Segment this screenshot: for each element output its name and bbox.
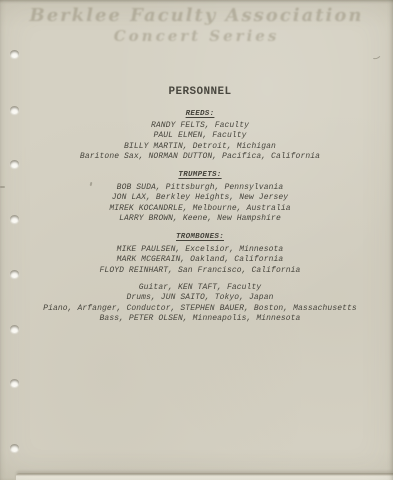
personnel-line: BOB SUDA, Pittsburgh, Pennsylvania — [7, 183, 393, 193]
personnel-line: Guitar, KEN TAFT, Faculty — [7, 283, 393, 293]
punch-hole — [10, 379, 19, 387]
personnel-line: FLOYD REINHART, San Francisco, Californi… — [7, 266, 393, 276]
section-members-reeds: RANDY FELTS, Faculty PAUL ELMEN, Faculty… — [0, 121, 393, 162]
personnel-line: Bass, PETER OLSEN, Minneapolis, Minnesot… — [7, 314, 393, 324]
personnel-line: MIREK KOCANDRLE, Melbourne, Australia — [7, 204, 393, 214]
scanned-program-page: Berklee Faculty Association Concert Seri… — [0, 0, 393, 480]
page-title: PERSONNEL — [0, 86, 393, 98]
punch-hole — [10, 325, 19, 333]
ghost-header-line1: Berklee Faculty Association — [0, 5, 393, 26]
scan-speck — [0, 186, 5, 188]
section-members-trombones: MIKE PAULSEN, Excelsior, Minnesota MARK … — [0, 245, 393, 276]
section-title-reeds: REEDS: — [0, 110, 393, 118]
personnel-line: MIKE PAULSEN, Excelsior, Minnesota — [7, 245, 393, 255]
personnel-line: PAUL ELMEN, Faculty — [7, 131, 393, 141]
section-title-trumpets: TRUMPETS: — [0, 171, 393, 179]
personnel-line: MARK MCGERAIN, Oakland, California — [7, 255, 393, 265]
personnel-line: JON LAX, Berkley Heights, New Jersey — [7, 193, 393, 203]
personnel-line: LARRY BROWN, Keene, New Hampshire — [7, 214, 393, 224]
section-members-rhythm: Guitar, KEN TAFT, Faculty Drums, JUN SAI… — [0, 283, 393, 324]
ghost-header-line2: Concert Series — [0, 27, 393, 45]
punch-hole — [10, 444, 19, 452]
scan-speck — [370, 51, 382, 61]
personnel-line: Baritone Sax, NORMAN DUTTON, Pacifica, C… — [7, 152, 393, 162]
personnel-line: Drums, JUN SAITO, Tokyo, Japan — [7, 293, 393, 303]
section-members-trumpets: BOB SUDA, Pittsburgh, Pennsylvania JON L… — [0, 183, 393, 224]
page-bottom-edge — [16, 473, 393, 480]
personnel-line: Piano, Arfanger, Conductor, STEPHEN BAUE… — [7, 304, 393, 314]
personnel-line: BILLY MARTIN, Detroit, Michigan — [7, 142, 393, 152]
section-title-trombones: TROMBONES: — [0, 233, 393, 241]
personnel-line: RANDY FELTS, Faculty — [7, 121, 393, 131]
punch-hole — [10, 50, 19, 58]
